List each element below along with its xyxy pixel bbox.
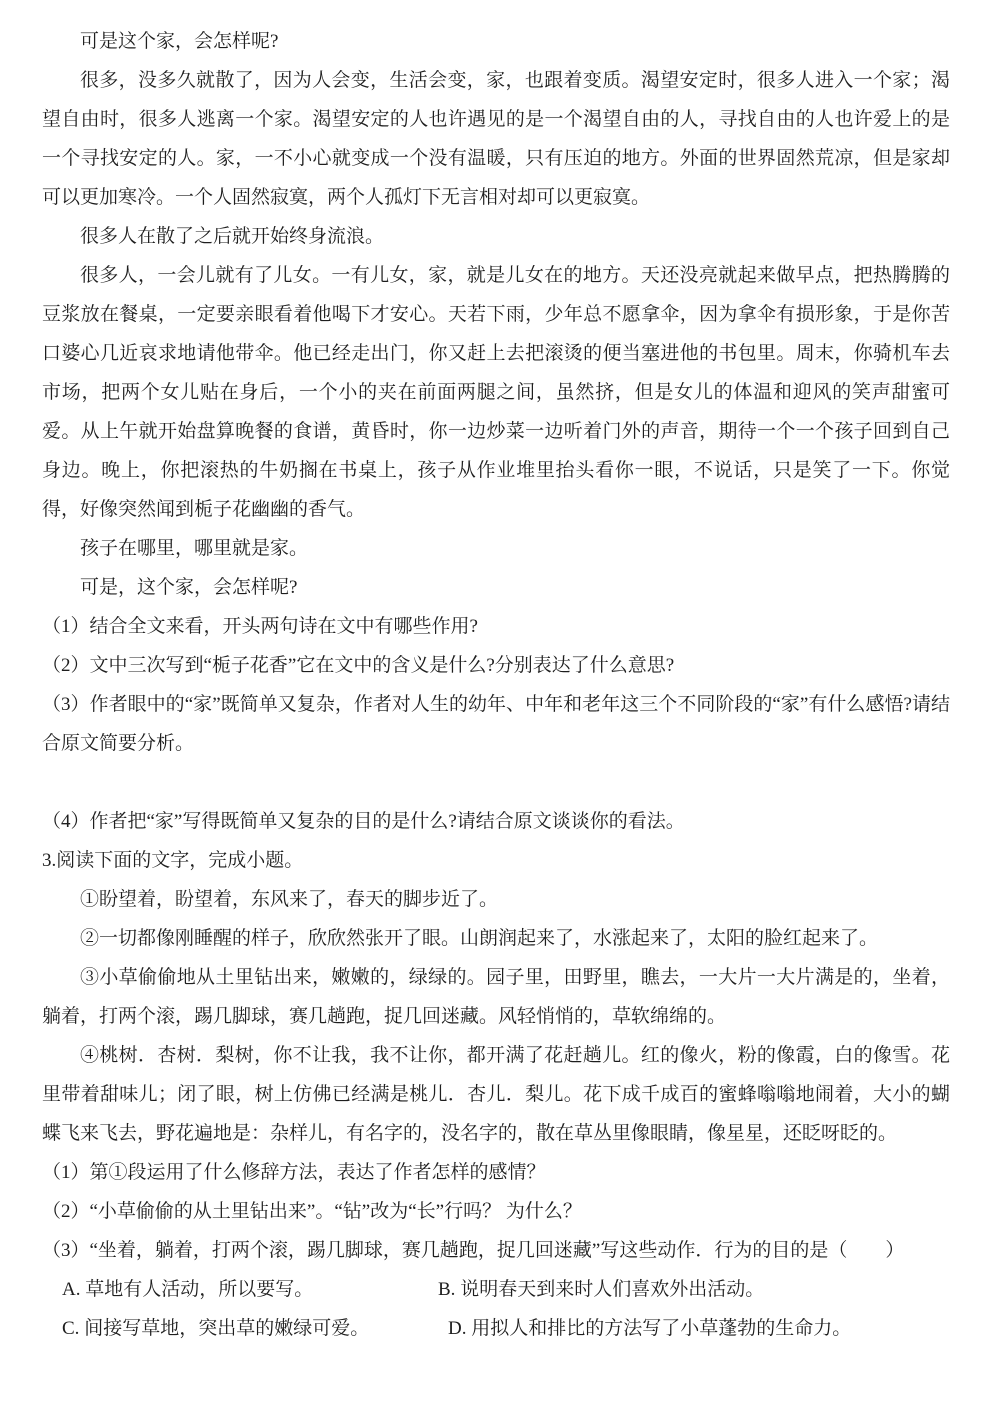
passage1-para-4: 很多人，一会儿就有了儿女。一有儿女，家，就是儿女在的地方。天还没亮就起来做早点，… — [42, 256, 950, 529]
passage1-para-1: 可是这个家，会怎样呢? — [42, 22, 950, 61]
option-d: D. 用拟人和排比的方法写了小草蓬勃的生命力。 — [448, 1309, 851, 1348]
option-c-label: C. — [62, 1318, 79, 1339]
option-d-label: D. — [448, 1318, 466, 1339]
option-c: C. 间接写草地，突出草的嫩绿可爱。 — [62, 1309, 448, 1348]
passage1-para-6: 可是，这个家，会怎样呢? — [42, 568, 950, 607]
passage1-question-2: （2）文中三次写到“栀子花香”它在文中的含义是什么?分别表达了什么意思? — [42, 646, 950, 685]
option-a-label: A. — [62, 1279, 80, 1300]
option-b-text: 说明春天到来时人们喜欢外出活动。 — [460, 1279, 764, 1300]
passage1-para-3: 很多人在散了之后就开始终身流浪。 — [42, 217, 950, 256]
options-row-ab: A. 草地有人活动，所以要写。 B. 说明春天到来时人们喜欢外出活动。 — [42, 1270, 950, 1309]
passage1-para-5: 孩子在哪里，哪里就是家。 — [42, 529, 950, 568]
section3-question-1: （1）第①段运用了什么修辞方法，表达了作者怎样的感情？ — [42, 1153, 950, 1192]
option-a-text: 草地有人活动，所以要写。 — [85, 1279, 313, 1300]
passage1-question-4: （4）作者把“家”写得既简单又复杂的目的是什么?请结合原文谈谈你的看法。 — [42, 802, 950, 841]
passage1-question-1: （1）结合全文来看，开头两句诗在文中有哪些作用? — [42, 607, 950, 646]
section3-para-2: ②一切都像刚睡醒的样子，欣欣然张开了眼。山朗润起来了，水涨起来了，太阳的脸红起来… — [42, 919, 950, 958]
section3-question-2: （2）“小草偷偷的从土里钻出来”。“钻”改为“长”行吗？ 为什么？ — [42, 1192, 950, 1231]
passage1-para-2: 很多，没多久就散了，因为人会变，生活会变，家，也跟着变质。渴望安定时，很多人进入… — [42, 61, 950, 217]
passage1-question-3: （3）作者眼中的“家”既简单又复杂，作者对人生的幼年、中年和老年这三个不同阶段的… — [42, 685, 950, 763]
option-b-label: B. — [438, 1279, 455, 1300]
section3-para-3: ③小草偷偷地从土里钻出来，嫩嫩的，绿绿的。园子里，田野里，瞧去，一大片一大片满是… — [42, 958, 950, 1036]
options-row-cd: C. 间接写草地，突出草的嫩绿可爱。 D. 用拟人和排比的方法写了小草蓬勃的生命… — [42, 1309, 950, 1348]
exam-document-page: 可是这个家，会怎样呢? 很多，没多久就散了，因为人会变，生活会变，家，也跟着变质… — [0, 0, 992, 1403]
section3-para-4: ④桃树．杏树．梨树，你不让我，我不让你，都开满了花赶趟儿。红的像火，粉的像霞，白… — [42, 1036, 950, 1153]
option-b: B. 说明春天到来时人们喜欢外出活动。 — [438, 1270, 764, 1309]
option-c-text: 间接写草地，突出草的嫩绿可爱。 — [84, 1318, 369, 1339]
section3-question-3: （3）“坐着，躺着，打两个滚，踢几脚球，赛几趟跑，捉几回迷藏”写这些动作．行为的… — [42, 1231, 950, 1270]
section3-heading: 3.阅读下面的文字，完成小题。 — [42, 841, 950, 880]
section3-para-1: ①盼望着，盼望着，东风来了，春天的脚步近了。 — [42, 880, 950, 919]
option-d-text: 用拟人和排比的方法写了小草蓬勃的生命力。 — [471, 1318, 851, 1339]
option-a: A. 草地有人活动，所以要写。 — [62, 1270, 438, 1309]
